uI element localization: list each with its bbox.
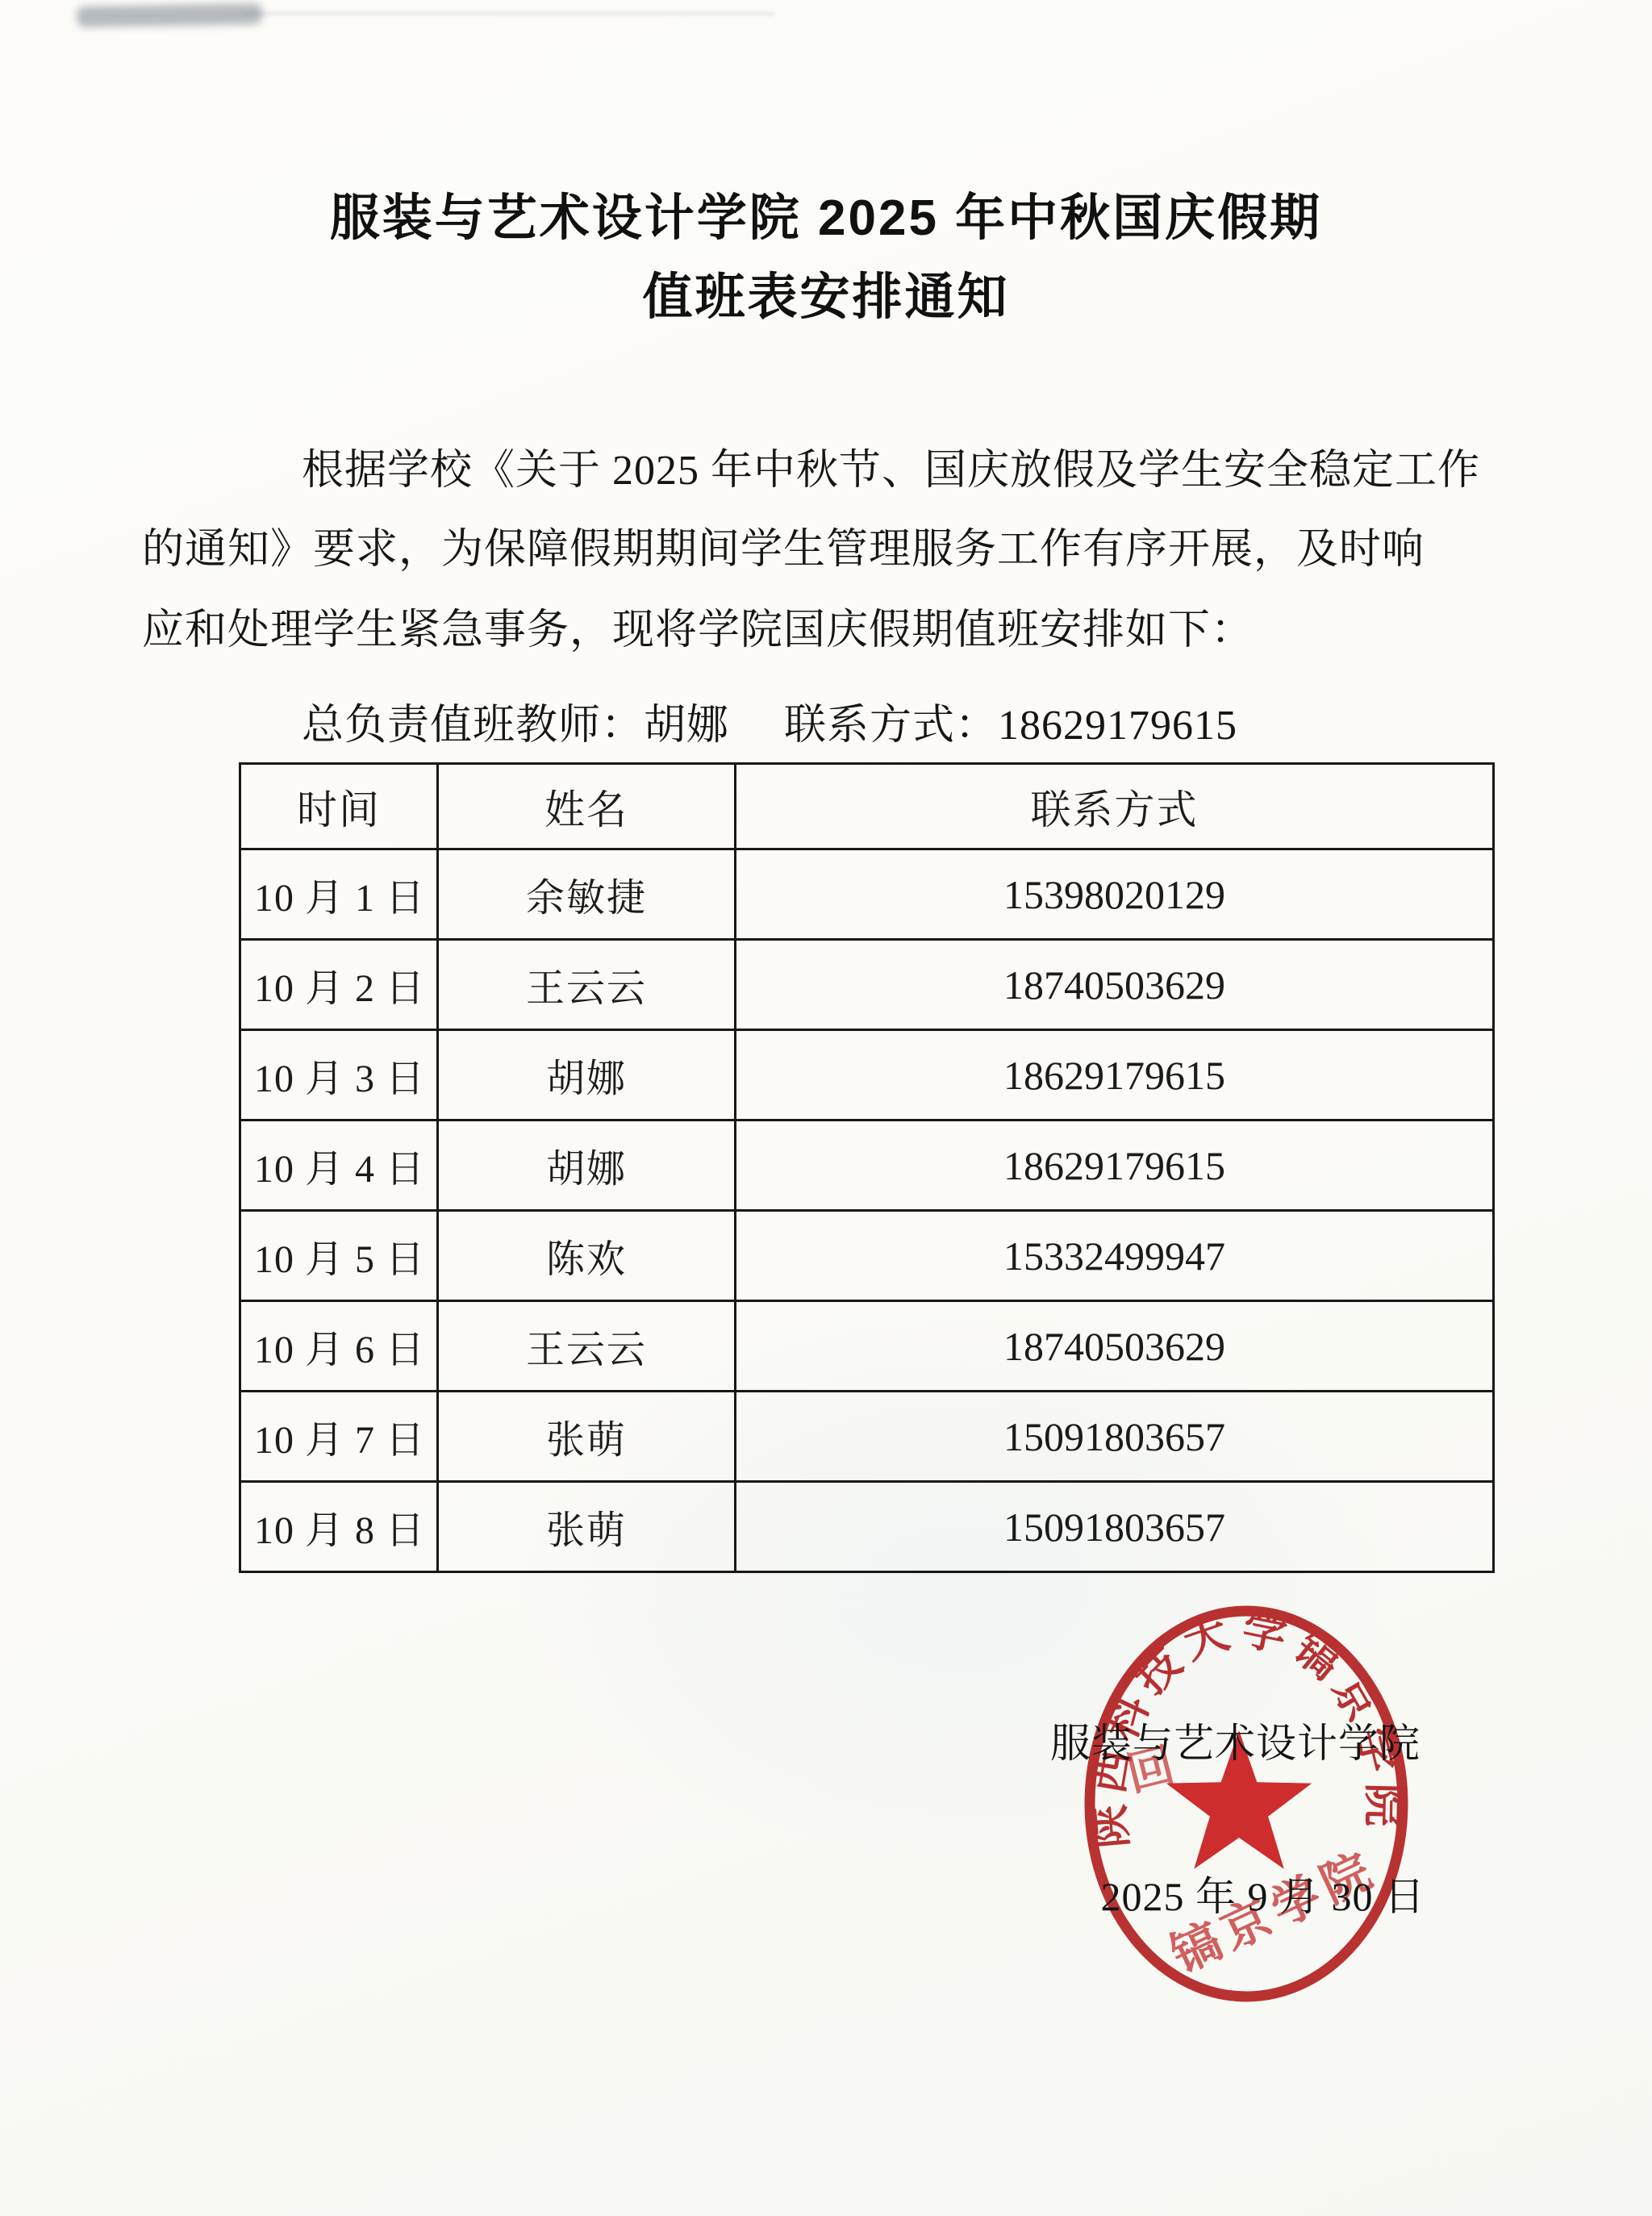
official-seal: 陕西科技大学镐京学院 回 镐京学院 <box>1069 1596 1424 2015</box>
table-row: 10 月 7 日 张萌 15091803657 <box>240 1392 1494 1482</box>
cell-name: 胡娜 <box>438 1121 736 1211</box>
cell-name: 王云云 <box>438 940 736 1030</box>
signature-department: 服装与艺术设计学院 <box>1050 1711 1420 1769</box>
cell-name: 王云云 <box>438 1301 736 1392</box>
signature-date: 2025 年 9 月 30 日 <box>1101 1864 1426 1922</box>
cell-name: 余敏捷 <box>438 849 736 940</box>
header-time: 时间 <box>240 764 438 849</box>
table-row: 10 月 4 日 胡娜 18629179615 <box>240 1121 1494 1211</box>
cell-phone: 18629179615 <box>736 1030 1494 1121</box>
document-page: 服装与艺术设计学院 2025 年中秋国庆假期 值班表安排通知 根据学校《关于 2… <box>0 0 1652 2216</box>
title-line-2: 值班表安排通知 <box>0 257 1652 328</box>
lead-duty-contact-label: 联系方式： <box>784 703 998 749</box>
cell-phone: 15091803657 <box>736 1482 1494 1572</box>
lead-duty-phone: 18629179615 <box>998 703 1237 749</box>
cell-date: 10 月 2 日 <box>240 940 438 1030</box>
scan-line-artifact <box>242 11 774 16</box>
cell-date: 10 月 6 日 <box>240 1301 438 1392</box>
cell-phone: 18740503629 <box>736 940 1494 1030</box>
cell-phone: 15398020129 <box>736 849 1494 940</box>
duty-roster-table: 时间 姓名 联系方式 10 月 1 日 余敏捷 15398020129 10 月… <box>239 762 1495 1573</box>
body-paragraph-line-1: 根据学校《关于 2025 年中秋节、国庆放假及学生安全稳定工作 <box>302 436 1480 496</box>
cell-phone: 18629179615 <box>736 1121 1494 1211</box>
cell-phone: 15091803657 <box>736 1392 1494 1482</box>
cell-name: 张萌 <box>438 1392 736 1482</box>
cell-date: 10 月 4 日 <box>240 1121 438 1211</box>
cell-date: 10 月 5 日 <box>240 1211 438 1301</box>
table-row: 10 月 1 日 余敏捷 15398020129 <box>240 849 1494 940</box>
header-contact: 联系方式 <box>736 764 1494 849</box>
table-row: 10 月 3 日 胡娜 18629179615 <box>240 1030 1494 1121</box>
lead-duty-line: 总负责值班教师：胡娜联系方式：18629179615 <box>302 691 1237 751</box>
cell-date: 10 月 7 日 <box>240 1392 438 1482</box>
header-name: 姓名 <box>438 764 736 849</box>
cell-name: 陈欢 <box>438 1211 736 1301</box>
cell-phone: 15332499947 <box>736 1211 1494 1301</box>
cell-name: 张萌 <box>438 1482 736 1572</box>
title-line-1: 服装与艺术设计学院 2025 年中秋国庆假期 <box>0 177 1652 249</box>
body-paragraph-line-2: 的通知》要求，为保障假期期间学生管理服务工作有序开展，及时响 <box>142 515 1425 575</box>
lead-duty-teacher-label: 总负责值班教师： <box>302 703 644 749</box>
body-paragraph-line-3: 应和处理学生紧急事务，现将学院国庆假期值班安排如下： <box>142 595 1254 656</box>
cell-date: 10 月 8 日 <box>240 1482 438 1572</box>
table-row: 10 月 2 日 王云云 18740503629 <box>240 940 1494 1030</box>
table-row: 10 月 6 日 王云云 18740503629 <box>240 1301 1494 1392</box>
table-row: 10 月 5 日 陈欢 15332499947 <box>240 1211 1494 1301</box>
cell-date: 10 月 1 日 <box>240 849 438 940</box>
cell-phone: 18740503629 <box>736 1301 1494 1392</box>
cell-date: 10 月 3 日 <box>240 1030 438 1121</box>
lead-duty-teacher-name: 胡娜 <box>644 703 729 749</box>
table-row: 10 月 8 日 张萌 15091803657 <box>240 1482 1494 1572</box>
cell-name: 胡娜 <box>438 1030 736 1121</box>
table-header-row: 时间 姓名 联系方式 <box>240 764 1494 849</box>
scan-smudge-artifact <box>77 3 262 27</box>
